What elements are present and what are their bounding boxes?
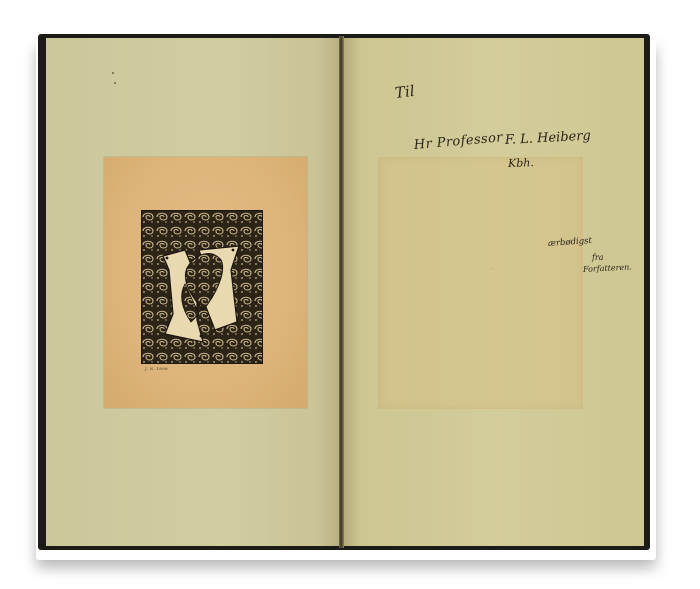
- removed-plate-stain: [378, 157, 583, 409]
- page-speck: [114, 82, 116, 84]
- page-speck: [112, 72, 114, 74]
- monogram-nv-icon: [141, 210, 263, 364]
- monogram-ornament: [141, 210, 263, 364]
- inscription-place: Kbh.: [508, 156, 534, 170]
- inscription-til: Til: [394, 82, 415, 102]
- bookplate-artist-signature: J. N. 1898: [145, 366, 168, 371]
- book-spine-gutter: [339, 36, 344, 548]
- inscription-note-from: fra: [592, 253, 604, 262]
